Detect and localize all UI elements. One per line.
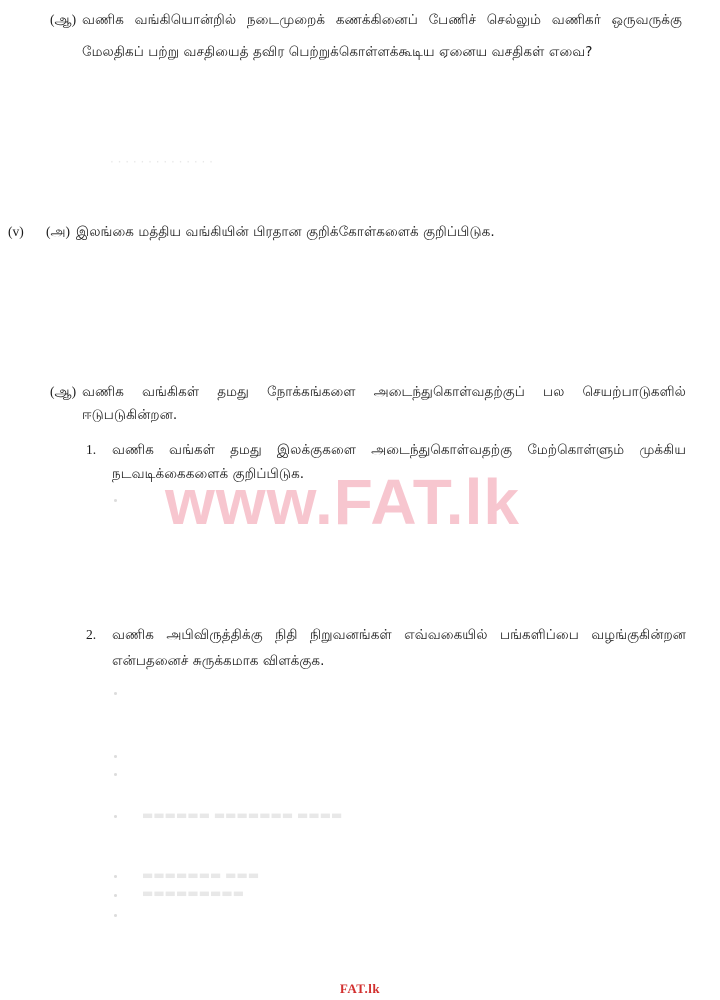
question-label-a: (அ) <box>46 224 70 242</box>
subquestion-2-line2: என்பதனைச் சுருக்கமாக விளக்குக. <box>112 653 325 671</box>
faded-bullet <box>114 499 117 502</box>
question-aa-top-line2: மேலதிகப் பற்று வசதியைத் தவிர பெற்றுக்கொள… <box>82 44 593 62</box>
question-v-aa-line1: வணிக வங்கிகள் தமது நோக்கங்களை அடைந்துகொள… <box>82 384 686 402</box>
watermark: www.FAT.lk <box>165 470 520 534</box>
faded-bullet <box>114 894 117 897</box>
question-label-aa-top: (ஆ) <box>50 12 76 30</box>
faded-bullet <box>114 914 117 917</box>
question-aa-top-line1: வணிக வங்கியொன்றில் நடைமுறைக் கணக்கினைப் … <box>82 12 682 30</box>
faded-answer-text: ▬▬▬▬▬▬ ▬▬▬▬▬▬▬ ▬▬▬▬ <box>142 808 342 822</box>
faded-bullet <box>114 755 117 758</box>
question-number-v: (v) <box>8 224 24 240</box>
subquestion-number-1: 1. <box>86 442 96 458</box>
question-v-aa-line2: ஈடுபடுகின்றன. <box>82 407 177 425</box>
faded-answer-text: ▬▬▬▬▬▬▬▬▬ <box>142 886 244 900</box>
faded-bullet <box>114 815 117 818</box>
subquestion-1-line1: வணிக வங்கள் தமது இலக்குகளை அடைந்துகொள்வத… <box>112 442 686 460</box>
question-label-aa: (ஆ) <box>50 384 76 402</box>
subquestion-2-line1: வணிக அபிவிருத்திக்கு நிதி நிறுவனங்கள் எவ… <box>112 627 686 645</box>
faded-bullet <box>114 692 117 695</box>
subquestion-number-2: 2. <box>86 627 96 643</box>
question-v-a-text: இலங்கை மத்திய வங்கியின் பிரதான குறிக்கோள… <box>76 224 495 242</box>
faded-answer-text: · · · · · · · · · · · · · · <box>110 155 213 169</box>
faded-answer-text: ▬▬▬▬▬▬▬ ▬▬▬ <box>142 868 259 882</box>
faded-bullet <box>114 773 117 776</box>
footer-brand: FAT.lk <box>0 981 720 997</box>
faded-bullet <box>114 875 117 878</box>
